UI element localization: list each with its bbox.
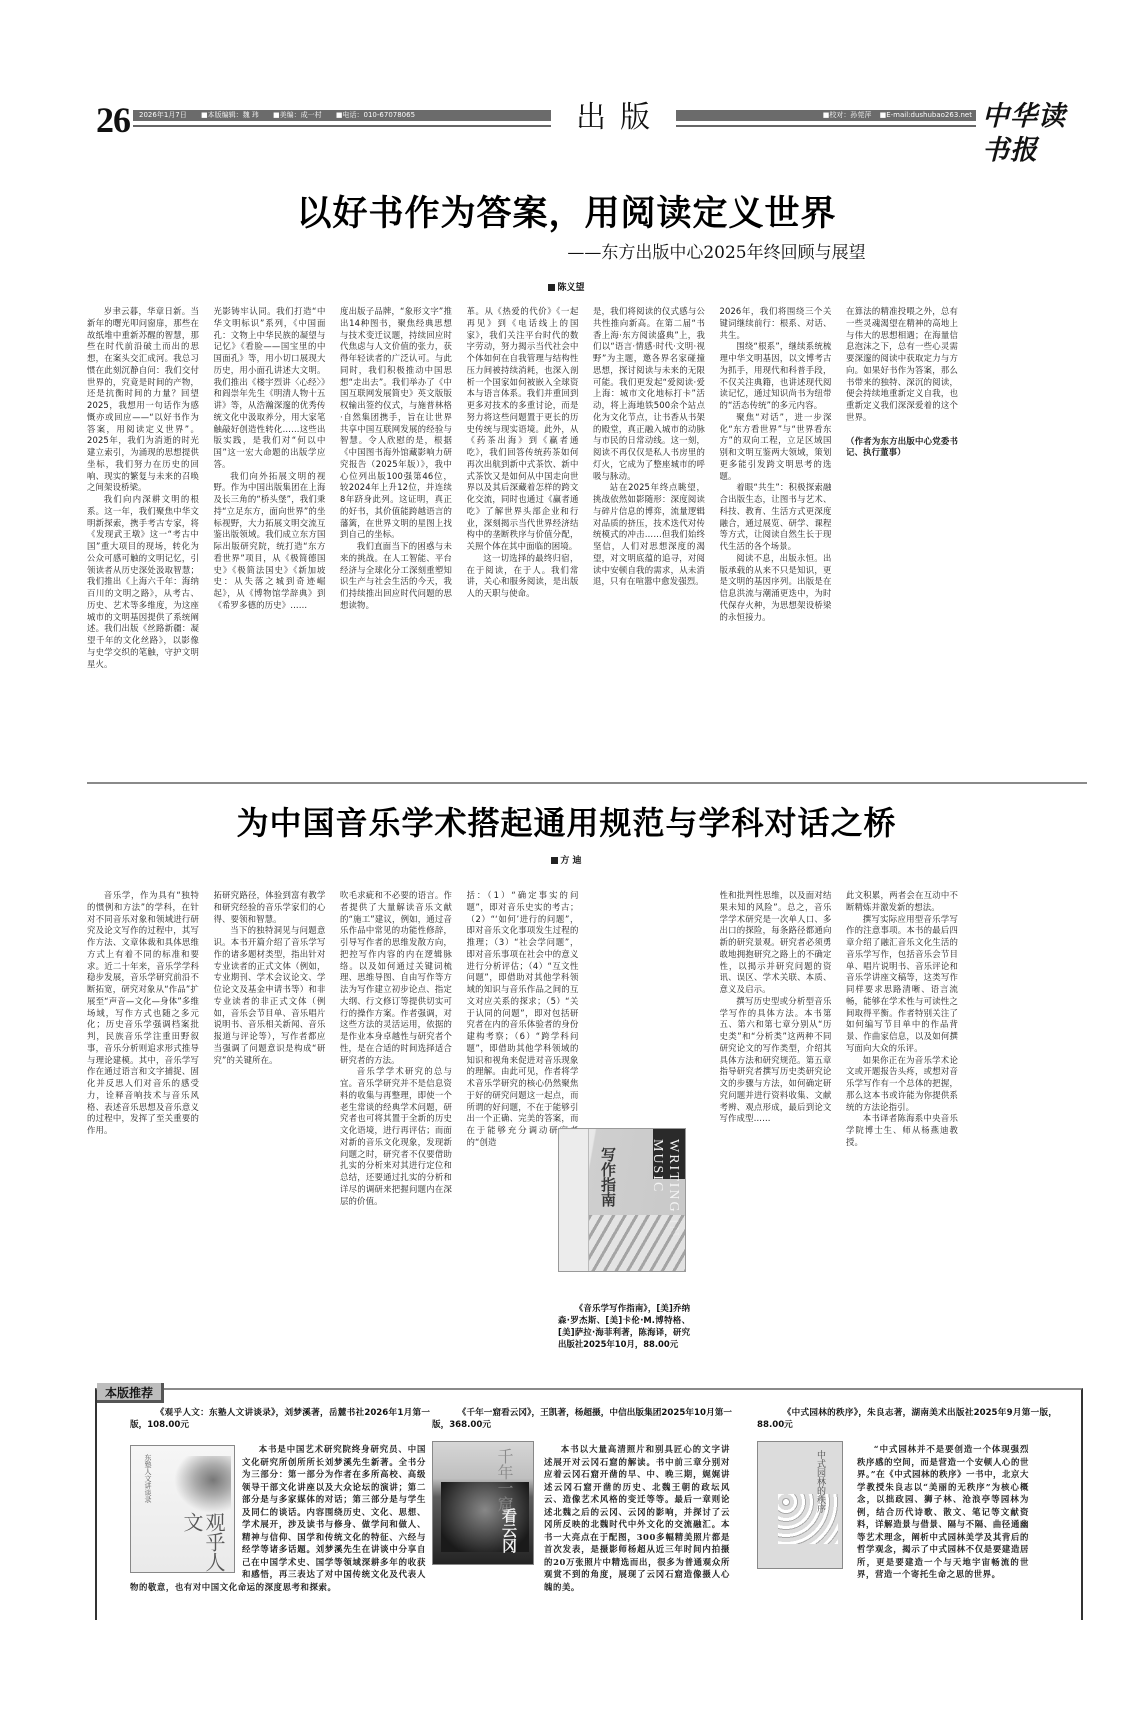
phone-number: ■电话：010-67078065 [336,111,415,119]
paragraph: 撰写实际应用型音乐学写作的注意事项。本书的最后四章介绍了融汇音乐文化生活的音乐学… [846,914,958,1055]
paragraph: 性和批判性思维，以及面对结果未知的风险”。总之，音乐学学术研究是一次单人口、多出… [720,890,832,996]
recommend-item: 《千年一窟看云冈》，王凯著，杨超摄，中信出版集团2025年10月第一版，368.… [432,1407,732,1617]
mountain-illustration [171,1456,231,1516]
book-cover-figure: 写作指南 WRITING IN MUSIC [558,1128,688,1288]
issue-date: 2026年1月7日 [139,111,187,119]
recommend-item: 《中式园林的秩序》，朱良志著，湖南美术出版社2025年9月第一版，88.00元 … [757,1407,1057,1617]
article1-headline: 以好书作为答案，用阅读定义世界 [0,192,1133,236]
paragraph: 我们直面当下的困惑与未来的挑战。在人工智能、平台经济与全球化分工深刻重塑知识生产… [340,541,452,612]
article1-column: 岁聿云暮，华章日新。当新年的曙光叩问窗扉，那些在故纸堆中重新苏醒的智慧，那些在时… [87,290,199,760]
recommend-item-body: “中式园林并不是要创造一个体现强烈秩序感的空间，而是营造一个安顿人心的世界。”在… [857,1443,1029,1581]
article1-body: 岁聿云暮，华章日新。当新年的曙光叩问窗扉，那些在故纸堆中重新苏醒的智慧，那些在时… [87,290,1087,760]
paragraph: 度出版子品牌，“象形文字”推出14种图书，聚焦经典思想与技术变迁议题，持续回应时… [340,306,452,541]
section-title: 出版 [576,100,664,136]
cover-title: 千年一窟 [493,1448,516,1512]
article2-column: 吹毛求疵和不必要的语言。作者提供了大量解读音乐文献的“施工”建议，例如，通过音乐… [340,876,452,1371]
article1-column: 度出版子品牌，“象形文字”推出14种图书，聚焦经典思想与技术变迁议题，持续回应时… [340,290,452,760]
article-divider [87,782,1087,784]
paragraph: 这一切选择的最终归宿，在于阅读，在于人。我们常讲，关心和服务阅读，是出版人的天职… [467,553,579,600]
paragraph: 如果你正在为音乐学术论文或开题报告头疼，或想对音乐学写作有一个总体的把握，那么这… [846,1055,958,1114]
paragraph: 此文积累，两者会在互动中不断精炼并激发新的想法。 [846,890,958,914]
paragraph: 聚焦“对话”，进一步深化“东方看世界”与“世界看东方”的双向工程，立足区域国别和… [720,412,832,483]
paragraph: 括：（1）“确定事实的问题”，即对音乐史实的考古；（2）“‘如何’进行的问题”，… [467,890,579,1149]
recommend-item-header: 《观乎人文：东塾人文讲谈录》，刘梦溪著，岳麓书社2026年1月第一版，108.0… [130,1407,430,1431]
cover-subtitle: 东塾人文讲谈录 [143,1454,153,1503]
paragraph: 光影铸牢认同。我们打造“中华文明标识”系列，《中国面孔：文物上中华民族的凝望与记… [214,306,326,471]
paragraph: 阅读不息，出版永恒。出版承载的从来不只是知识，更是文明的基因序列。出版是在信息洪… [720,553,832,624]
recommend-item-header: 《千年一窟看云冈》，王凯著，杨超摄，中信出版集团2025年10月第一版，368.… [432,1407,732,1431]
masthead-rule-left [133,125,551,127]
newspaper-logo: 中华读书报 [982,100,1081,168]
masthead-rule-right [676,125,976,127]
book-cover-image: 写作指南 WRITING IN MUSIC [558,1128,686,1272]
article2-column: 此文积累，两者会在互动中不断精炼并激发新的想法。 撰写实际应用型音乐学写作的注意… [846,876,958,1371]
book-caption: 《音乐学写作指南》，[美]乔纳森·罗杰斯、[美]卡伦·M.博特格、[美]萨拉·海… [558,1302,690,1350]
paragraph: 当下的独特洞见与问题意识。本书开篇介绍了音乐学写作的诸多题材类型，指出针对专业读… [214,925,326,1066]
paragraph: 我们向外拓展文明的视野。作为中国出版集团在上海及长三角的“桥头堡”，我们秉持“立… [214,471,326,612]
paragraph: 音乐学学术研究的总与宜。音乐学研究并不是信息资料的收集与再整理，即使一个老生常谈… [340,1066,452,1207]
article2-column: 性和批判性思维，以及面对结果未知的风险”。总之，音乐学学术研究是一次单人口、多出… [720,876,832,1371]
editor-credit: ■本版编辑：魏 玮 [201,111,259,119]
paragraph: 围绕“根系”，继续系统梳理中华文明基因，以文博考古为抓手，用现代和科普手段，不仅… [720,341,832,412]
masthead-info-bar-right: ■校对：孙莞萍 ■E-mail:dushubao263.net [676,110,976,121]
article1-column: 是，我们将阅读的仪式感与公共性推向新高。在第二届“书香上海·东方阅读盛典”上，我… [593,290,705,760]
recommend-item-header: 《中式园林的秩序》，朱良志著，湖南美术出版社2025年9月第一版，88.00元 [757,1407,1057,1431]
cover-title: 观乎人文 [181,1512,225,1572]
paragraph: 是，我们将阅读的仪式感与公共性推向新高。在第二届“书香上海·东方阅读盛典”上，我… [593,306,705,482]
paragraph: 在算法的精准投喂之外，总有一些灵魂渴望在精神的高地上与伟大的思想相遇；在海量信息… [846,306,958,424]
article2-column: 音乐学，作为具有“独特的惯例和方法”的学科，在针对不同音乐对象和领域进行研究及论… [87,876,199,1371]
masthead: 26 2026年1月7日 ■本版编辑：魏 玮 ■美编：成一村 ■电话：010-6… [96,100,1081,140]
article2-headline: 为中国音乐学术搭起通用规范与学科对话之桥 [0,802,1133,844]
lattice-illustration [778,1494,838,1544]
designer-credit: ■美编：成一村 [273,111,322,119]
piano-illustration [589,1215,686,1271]
recommend-item-body: 本书以大量高清照片和别具匠心的文字讲述展开对云冈石窟的解读。书中前三章分别对应着… [544,1443,730,1593]
article1-column: 革。从《热爱的代价》《一起再见》到《电话线上的国家》，我们关注平台时代的数字劳动… [467,290,579,760]
paragraph: 站在2025年终点眺望，挑战依然如影随形：深度阅读与碎片信息的博弈，流量逻辑对品… [593,482,705,588]
article2-byline: 方 迪 [0,855,1133,867]
proofreader-credit: ■校对：孙莞萍 [823,111,872,119]
paragraph: 音乐学，作为具有“独特的惯例和方法”的学科，在针对不同音乐对象和领域进行研究及论… [87,890,199,1137]
contact-email: ■E-mail:dushubao263.net [880,111,972,119]
page-number: 26 [96,102,130,138]
article1-subtitle: ——东方出版中心2025年终回顾与展望 [0,242,1133,264]
paragraph: 吹毛求疵和不必要的语言。作者提供了大量解读音乐文献的“施工”建议，例如，通过音乐… [340,890,452,1066]
paragraph: 2026年，我们将围绕三个关键词继续前行：根系、对话、共生。 [720,306,832,341]
recommend-tag: 本版推荐 [97,1383,164,1403]
cover-title: 写作指南 [599,1147,617,1207]
article2-column [593,876,705,1371]
article1-column: 光影铸牢认同。我们打造“中华文明标识”系列，《中国面孔：文物上中华民族的凝望与记… [214,290,326,760]
paragraph: 革。从《热爱的代价》《一起再见》到《电话线上的国家》，我们关注平台时代的数字劳动… [467,306,579,553]
book-cover-image: 观乎人文 东塾人文讲谈录 [130,1445,235,1573]
masthead-info-bar-left: 2026年1月7日 ■本版编辑：魏 玮 ■美编：成一村 ■电话：010-6707… [133,110,551,121]
paragraph: 撰写历史型或分析型音乐学写作的具体方法。本书第五、第六和第七章分别从“历史类”和… [720,996,832,1125]
article2-column: 括：（1）“确定事实的问题”，即对音乐史实的考古；（2）“‘如何’进行的问题”，… [467,876,579,1371]
paragraph: 拓研究路径，体验到富有教学和研究经验的音乐学家们的心得、要领和智慧。 [214,890,326,925]
article1-column: 2026年，我们将围绕三个关键词继续前行：根系、对话、共生。 围绕“根系”，继续… [720,290,832,760]
book-spine [559,1129,589,1272]
article2-body: 音乐学，作为具有“独特的惯例和方法”的学科，在针对不同音乐对象和领域进行研究及论… [87,876,1087,1371]
cover-subtitle: 看云冈 [499,1508,520,1553]
recommend-item: 《观乎人文：东塾人文讲谈录》，刘梦溪著，岳麓书社2026年1月第一版，108.0… [130,1407,430,1617]
paragraph: 岁聿云暮，华章日新。当新年的曙光叩问窗扉，那些在故纸堆中重新苏醒的智慧，那些在时… [87,306,199,494]
article2-column: 拓研究路径，体验到富有教学和研究经验的音乐学家们的心得、要领和智慧。 当下的独特… [214,876,326,1371]
paragraph: 我们向内深耕文明的根系。这一年，我们聚焦中华文明新探索，携手考古专家，将《发现武… [87,494,199,670]
book-cover-image: 千年一窟 看云冈 [432,1441,534,1565]
book-cover-image: 中式园林的秩序 [757,1441,843,1569]
author-note: （作者为东方出版中心党委书记、执行董事） [846,436,958,460]
article1-column: 在算法的精准投喂之外，总有一些灵魂渴望在精神的高地上与伟大的思想相遇；在海量信息… [846,290,958,760]
cover-title: 中式园林的秩序 [814,1450,825,1513]
paragraph: 着眼“共生”：积极探索融合出版生态，让图书与艺术、科技、教育、生活方式更深度融合… [720,482,832,553]
paragraph: 本书译者陈海系中央音乐学院博士生、师从杨燕迪教授。 [846,1113,958,1148]
